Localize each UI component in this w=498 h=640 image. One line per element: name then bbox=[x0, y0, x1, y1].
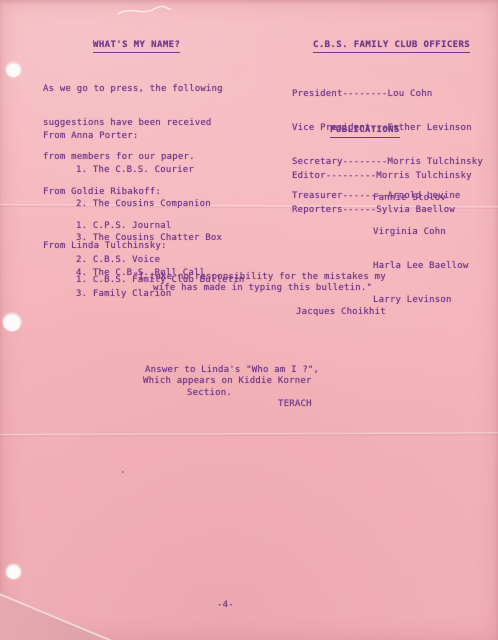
hole-punch-middle bbox=[3, 313, 21, 331]
answer-note-signature: TERACH bbox=[278, 399, 312, 410]
reporter-line: Virginia Cohn bbox=[373, 227, 469, 238]
group-from-label: From Anna Porter: bbox=[43, 131, 222, 142]
quote-line-2: wife has made in typing this bulletin." bbox=[153, 283, 372, 294]
additional-reporters-list: Fannie Stolov Virginia Cohn Harla Lee Ba… bbox=[373, 170, 469, 318]
quote-line-1: "I take no responsibility for the mistak… bbox=[133, 272, 386, 283]
hole-punch-bottom bbox=[6, 564, 21, 579]
intro-line: As we go to press, the following bbox=[43, 84, 223, 95]
scratch-mark bbox=[114, 2, 174, 22]
page-number: -4- bbox=[217, 600, 234, 611]
hole-punch-top bbox=[6, 62, 21, 77]
answer-note-line-2: Which appears on Kiddie Korner bbox=[143, 376, 312, 387]
officers-heading: C.B.S. FAMILY CLUB OFFICERS bbox=[313, 40, 470, 53]
reporter-line: Larry Levinson bbox=[373, 295, 469, 306]
answer-note-line-3: Section. bbox=[187, 388, 232, 399]
ink-speck bbox=[122, 471, 124, 473]
answer-note-line-1: Answer to Linda's "Who am I ?", bbox=[145, 365, 319, 376]
reporter-line: Harla Lee Baellow bbox=[373, 261, 469, 272]
left-column-heading: WHAT'S MY NAME? bbox=[93, 40, 180, 53]
group-from-label: From Goldie Ribakoff: bbox=[43, 187, 172, 198]
officer-line: President--------Lou Cohn bbox=[292, 89, 483, 100]
reporter-line: Fannie Stolov bbox=[373, 193, 469, 204]
quote-attribution: Jacques Choikhit bbox=[296, 307, 386, 318]
publications-heading: PUBLICATIONS bbox=[330, 125, 400, 138]
group-from-label: From Linda Tulchinsky: bbox=[43, 241, 245, 252]
scanned-bulletin-page: { "document": { "left_column": { "headin… bbox=[0, 0, 498, 640]
